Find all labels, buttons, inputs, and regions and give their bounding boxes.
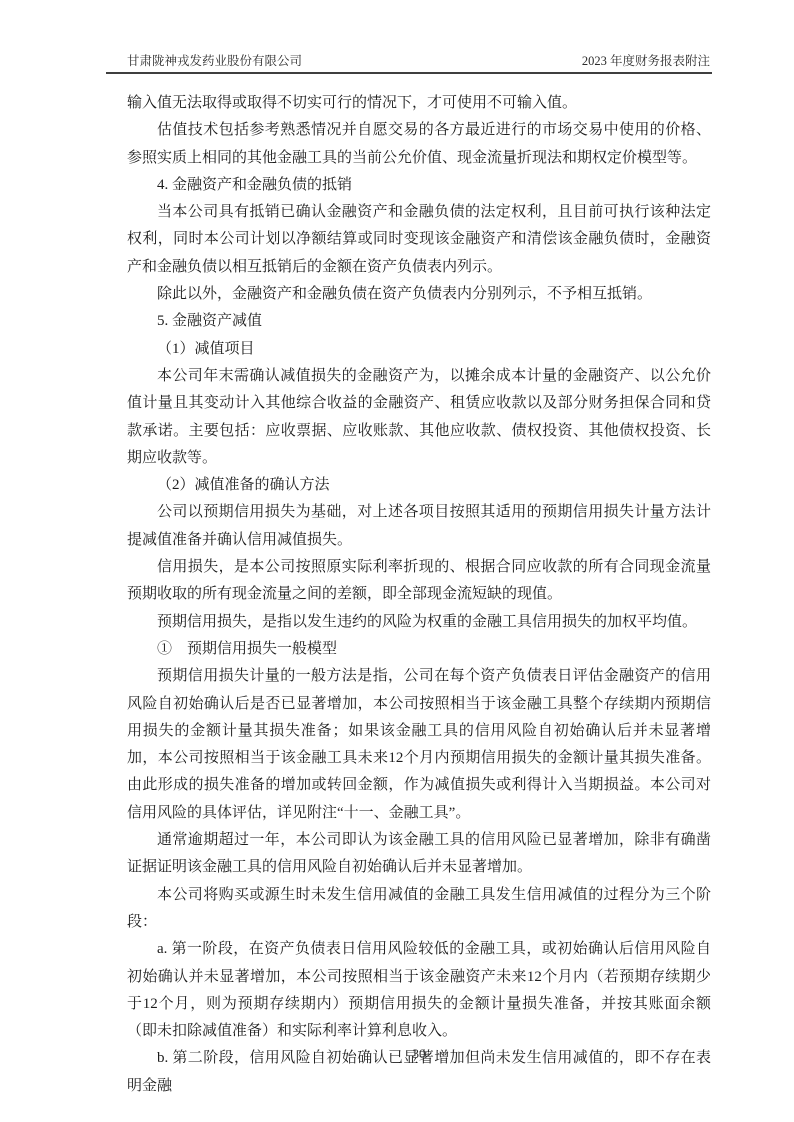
subheading-general-ecl-model: ① 预期信用损失一般模型: [127, 636, 711, 663]
section-heading-impairment: 5. 金融资产减值: [127, 308, 711, 335]
body-paragraph: 公司以预期信用损失为基础，对上述各项目按照其适用的预期信用损失计量方法计提减值准…: [127, 499, 711, 554]
subheading-provision-method: （2）减值准备的确认方法: [127, 472, 711, 499]
page-number: 30: [413, 1046, 426, 1061]
body-paragraph: 预期信用损失，是指以发生违约的风险为权重的金融工具信用损失的加权平均值。: [127, 609, 711, 636]
header-doc-title: 2023 年度财务报表附注: [582, 53, 710, 70]
document-body: 输入值无法取得或取得不切实可行的情况下，才可使用不可输入值。 估值技术包括参考熟…: [127, 90, 711, 1100]
body-paragraph-continuation: 输入值无法取得或取得不切实可行的情况下，才可使用不可输入值。: [127, 90, 711, 117]
body-paragraph: 预期信用损失计量的一般方法是指，公司在每个资产负债表日评估金融资产的信用风险自初…: [127, 663, 711, 827]
section-heading-offset-of-financial-assets: 4. 金融资产和金融负债的抵销: [127, 172, 711, 199]
body-paragraph: 除此以外，金融资产和金融负债在资产负债表内分别列示，不予相互抵销。: [127, 281, 711, 308]
page-header: 甘肃陇神戎发药业股份有限公司 2023 年度财务报表附注: [127, 53, 710, 70]
body-paragraph: 通常逾期超过一年，本公司即认为该金融工具的信用风险已显著增加，除非有确凿证据证明…: [127, 827, 711, 882]
body-paragraph: 本公司年末需确认减值损失的金融资产为，以摊余成本计量的金融资产、以公允价值计量且…: [127, 363, 711, 472]
document-page: 甘肃陇神戎发药业股份有限公司 2023 年度财务报表附注 输入值无法取得或取得不…: [0, 0, 794, 1122]
body-paragraph: 本公司将购买或源生时未发生信用减值的金融工具发生信用减值的过程分为三个阶段：: [127, 882, 711, 937]
body-paragraph: 当本公司具有抵销已确认金融资产和金融负债的法定权利，且目前可执行该种法定权利，同…: [127, 199, 711, 281]
page-footer: 30: [127, 1046, 711, 1062]
header-rule: [106, 72, 712, 74]
subheading-impairment-items: （1）减值项目: [127, 336, 711, 363]
body-paragraph: 信用损失，是本公司按照原实际利率折现的、根据合同应收款的所有合同现金流量预期收取…: [127, 554, 711, 609]
header-company-name: 甘肃陇神戎发药业股份有限公司: [127, 53, 302, 70]
body-paragraph: 估值技术包括参考熟悉情况并自愿交易的各方最近进行的市场交易中使用的价格、参照实质…: [127, 117, 711, 172]
body-paragraph-stage-one: a. 第一阶段，在资产负债表日信用风险较低的金融工具，或初始确认后信用风险自初始…: [127, 936, 711, 1045]
